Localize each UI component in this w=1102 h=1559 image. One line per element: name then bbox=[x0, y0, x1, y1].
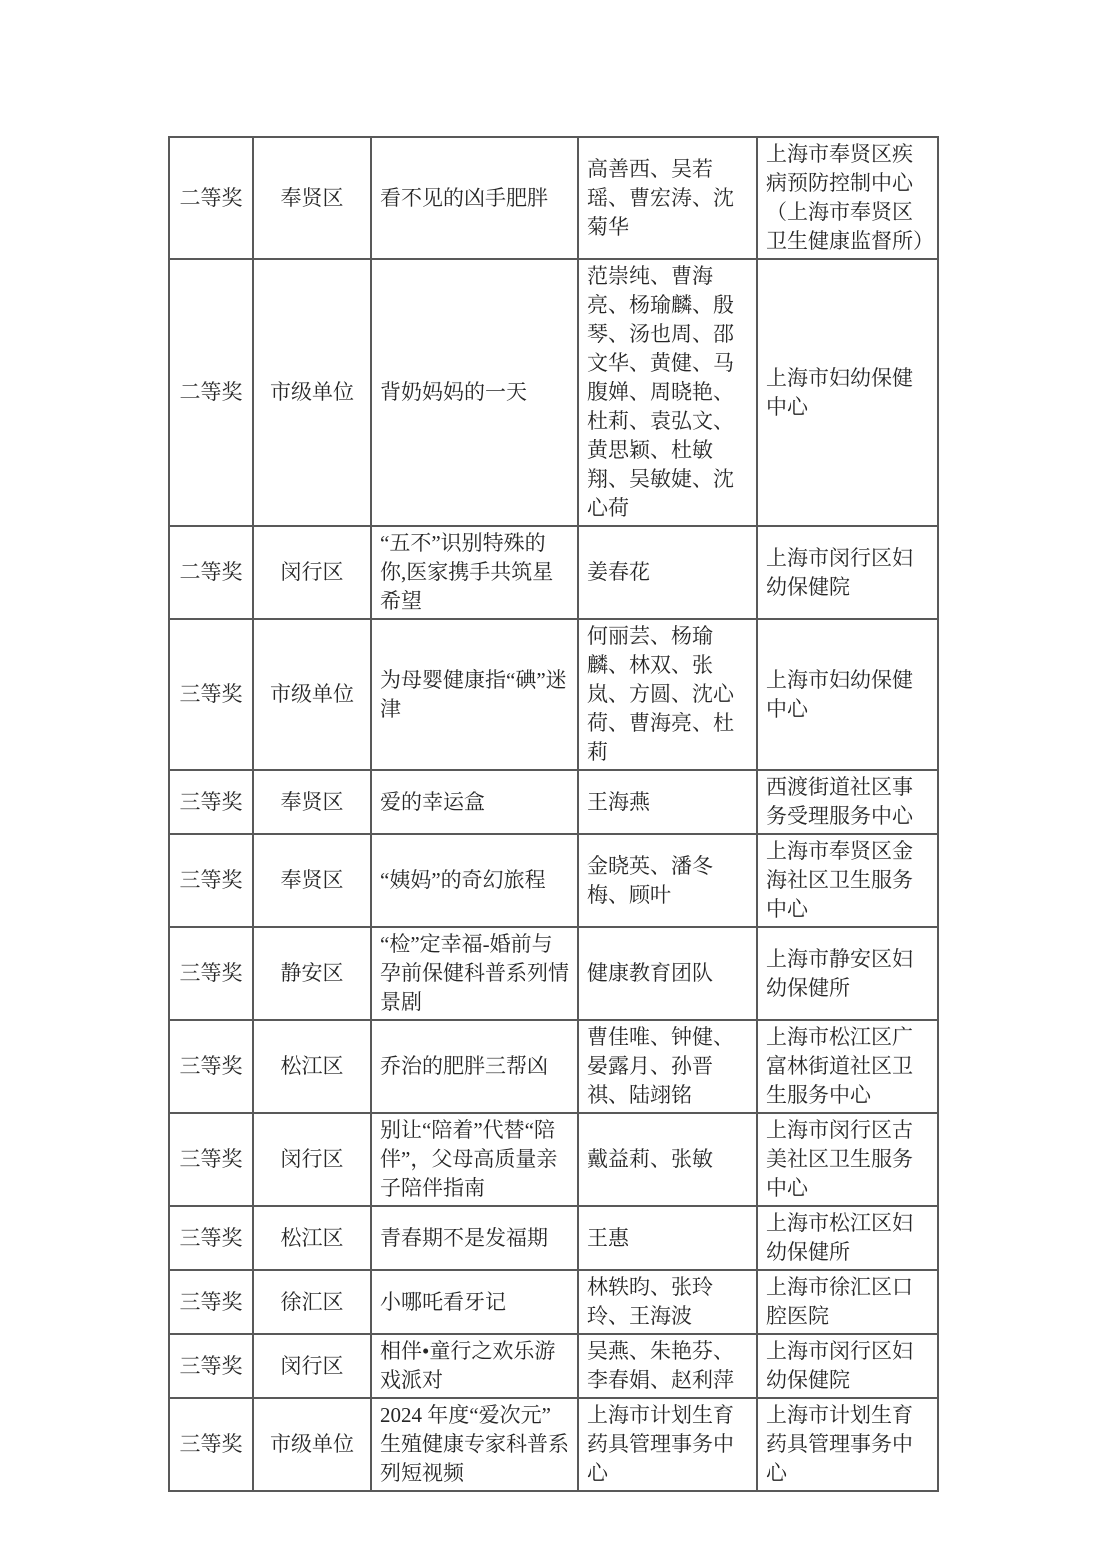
award-level-cell: 二等奖 bbox=[169, 137, 253, 259]
organization-cell: 上海市徐汇区口腔医院 bbox=[757, 1270, 938, 1334]
organization-cell: 上海市静安区妇幼保健所 bbox=[757, 927, 938, 1020]
district-cell: 市级单位 bbox=[253, 1398, 371, 1491]
district-cell: 奉贤区 bbox=[253, 137, 371, 259]
authors-cell: 曹佳唯、钟健、晏露月、孙晋祺、陆翊铭 bbox=[578, 1020, 757, 1113]
district-cell: 市级单位 bbox=[253, 259, 371, 526]
work-title-cell: 看不见的凶手肥胖 bbox=[371, 137, 578, 259]
district-cell: 静安区 bbox=[253, 927, 371, 1020]
award-level-cell: 三等奖 bbox=[169, 1398, 253, 1491]
table-row: 二等奖 奉贤区 看不见的凶手肥胖 高善西、吴若瑶、曹宏涛、沈菊华 上海市奉贤区疾… bbox=[169, 137, 938, 259]
table-row: 二等奖 市级单位 背奶妈妈的一天 范崇纯、曹海亮、杨瑜麟、殷琴、汤也周、邵文华、… bbox=[169, 259, 938, 526]
district-cell: 奉贤区 bbox=[253, 834, 371, 927]
work-title-cell: 小哪吒看牙记 bbox=[371, 1270, 578, 1334]
award-level-cell: 三等奖 bbox=[169, 927, 253, 1020]
authors-cell: 戴益莉、张敏 bbox=[578, 1113, 757, 1206]
organization-cell: 上海市奉贤区疾病预防控制中心（上海市奉贤区卫生健康监督所） bbox=[757, 137, 938, 259]
organization-cell: 上海市闵行区古美社区卫生服务中心 bbox=[757, 1113, 938, 1206]
authors-cell: 王惠 bbox=[578, 1206, 757, 1270]
work-title-cell: 爱的幸运盒 bbox=[371, 770, 578, 834]
work-title-cell: 青春期不是发福期 bbox=[371, 1206, 578, 1270]
organization-cell: 上海市松江区广富林街道社区卫生服务中心 bbox=[757, 1020, 938, 1113]
awards-table: 二等奖 奉贤区 看不见的凶手肥胖 高善西、吴若瑶、曹宏涛、沈菊华 上海市奉贤区疾… bbox=[168, 136, 939, 1492]
work-title-cell: 乔治的肥胖三帮凶 bbox=[371, 1020, 578, 1113]
work-title-cell: 为母婴健康指“碘”迷津 bbox=[371, 619, 578, 770]
authors-cell: 健康教育团队 bbox=[578, 927, 757, 1020]
authors-cell: 吴燕、朱艳芬、李春娟、赵利萍 bbox=[578, 1334, 757, 1398]
work-title-cell: “姨妈”的奇幻旅程 bbox=[371, 834, 578, 927]
work-title-cell: 相伴•童行之欢乐游戏派对 bbox=[371, 1334, 578, 1398]
organization-cell: 上海市奉贤区金海社区卫生服务中心 bbox=[757, 834, 938, 927]
organization-cell: 上海市妇幼保健中心 bbox=[757, 259, 938, 526]
organization-cell: 上海市计划生育药具管理事务中心 bbox=[757, 1398, 938, 1491]
organization-cell: 上海市松江区妇幼保健所 bbox=[757, 1206, 938, 1270]
district-cell: 徐汇区 bbox=[253, 1270, 371, 1334]
authors-cell: 姜春花 bbox=[578, 526, 757, 619]
district-cell: 奉贤区 bbox=[253, 770, 371, 834]
table-row: 三等奖 松江区 乔治的肥胖三帮凶 曹佳唯、钟健、晏露月、孙晋祺、陆翊铭 上海市松… bbox=[169, 1020, 938, 1113]
authors-cell: 何丽芸、杨瑜麟、林双、张岚、方圆、沈心荷、曹海亮、杜莉 bbox=[578, 619, 757, 770]
district-cell: 闵行区 bbox=[253, 526, 371, 619]
work-title-cell: 2024 年度“爱次元”生殖健康专家科普系列短视频 bbox=[371, 1398, 578, 1491]
district-cell: 闵行区 bbox=[253, 1334, 371, 1398]
district-cell: 闵行区 bbox=[253, 1113, 371, 1206]
table-row: 三等奖 市级单位 为母婴健康指“碘”迷津 何丽芸、杨瑜麟、林双、张岚、方圆、沈心… bbox=[169, 619, 938, 770]
authors-cell: 范崇纯、曹海亮、杨瑜麟、殷琴、汤也周、邵文华、黄健、马腹婵、周晓艳、杜莉、袁弘文… bbox=[578, 259, 757, 526]
table-row: 三等奖 松江区 青春期不是发福期 王惠 上海市松江区妇幼保健所 bbox=[169, 1206, 938, 1270]
document-page: 二等奖 奉贤区 看不见的凶手肥胖 高善西、吴若瑶、曹宏涛、沈菊华 上海市奉贤区疾… bbox=[0, 0, 1102, 1559]
authors-cell: 王海燕 bbox=[578, 770, 757, 834]
table-row: 三等奖 闵行区 相伴•童行之欢乐游戏派对 吴燕、朱艳芬、李春娟、赵利萍 上海市闵… bbox=[169, 1334, 938, 1398]
organization-cell: 上海市妇幼保健中心 bbox=[757, 619, 938, 770]
award-level-cell: 二等奖 bbox=[169, 526, 253, 619]
district-cell: 松江区 bbox=[253, 1020, 371, 1113]
authors-cell: 林轶昀、张玲玲、王海波 bbox=[578, 1270, 757, 1334]
table-row: 三等奖 奉贤区 “姨妈”的奇幻旅程 金晓英、潘冬梅、顾叶 上海市奉贤区金海社区卫… bbox=[169, 834, 938, 927]
award-level-cell: 三等奖 bbox=[169, 770, 253, 834]
awards-table-body: 二等奖 奉贤区 看不见的凶手肥胖 高善西、吴若瑶、曹宏涛、沈菊华 上海市奉贤区疾… bbox=[169, 137, 938, 1491]
work-title-cell: “检”定幸福-婚前与孕前保健科普系列情景剧 bbox=[371, 927, 578, 1020]
work-title-cell: 别让“陪着”代替“陪伴”，父母高质量亲子陪伴指南 bbox=[371, 1113, 578, 1206]
award-level-cell: 三等奖 bbox=[169, 619, 253, 770]
organization-cell: 上海市闵行区妇幼保健院 bbox=[757, 1334, 938, 1398]
table-row: 二等奖 闵行区 “五不”识别特殊的你,医家携手共筑星希望 姜春花 上海市闵行区妇… bbox=[169, 526, 938, 619]
award-level-cell: 三等奖 bbox=[169, 1270, 253, 1334]
work-title-cell: “五不”识别特殊的你,医家携手共筑星希望 bbox=[371, 526, 578, 619]
authors-cell: 上海市计划生育药具管理事务中心 bbox=[578, 1398, 757, 1491]
award-level-cell: 三等奖 bbox=[169, 1334, 253, 1398]
district-cell: 市级单位 bbox=[253, 619, 371, 770]
organization-cell: 上海市闵行区妇幼保健院 bbox=[757, 526, 938, 619]
table-row: 三等奖 市级单位 2024 年度“爱次元”生殖健康专家科普系列短视频 上海市计划… bbox=[169, 1398, 938, 1491]
district-cell: 松江区 bbox=[253, 1206, 371, 1270]
table-row: 三等奖 静安区 “检”定幸福-婚前与孕前保健科普系列情景剧 健康教育团队 上海市… bbox=[169, 927, 938, 1020]
table-row: 三等奖 闵行区 别让“陪着”代替“陪伴”，父母高质量亲子陪伴指南 戴益莉、张敏 … bbox=[169, 1113, 938, 1206]
award-level-cell: 三等奖 bbox=[169, 1206, 253, 1270]
authors-cell: 金晓英、潘冬梅、顾叶 bbox=[578, 834, 757, 927]
award-level-cell: 三等奖 bbox=[169, 1020, 253, 1113]
work-title-cell: 背奶妈妈的一天 bbox=[371, 259, 578, 526]
table-row: 三等奖 奉贤区 爱的幸运盒 王海燕 西渡街道社区事务受理服务中心 bbox=[169, 770, 938, 834]
organization-cell: 西渡街道社区事务受理服务中心 bbox=[757, 770, 938, 834]
award-level-cell: 三等奖 bbox=[169, 1113, 253, 1206]
table-row: 三等奖 徐汇区 小哪吒看牙记 林轶昀、张玲玲、王海波 上海市徐汇区口腔医院 bbox=[169, 1270, 938, 1334]
authors-cell: 高善西、吴若瑶、曹宏涛、沈菊华 bbox=[578, 137, 757, 259]
award-level-cell: 二等奖 bbox=[169, 259, 253, 526]
award-level-cell: 三等奖 bbox=[169, 834, 253, 927]
